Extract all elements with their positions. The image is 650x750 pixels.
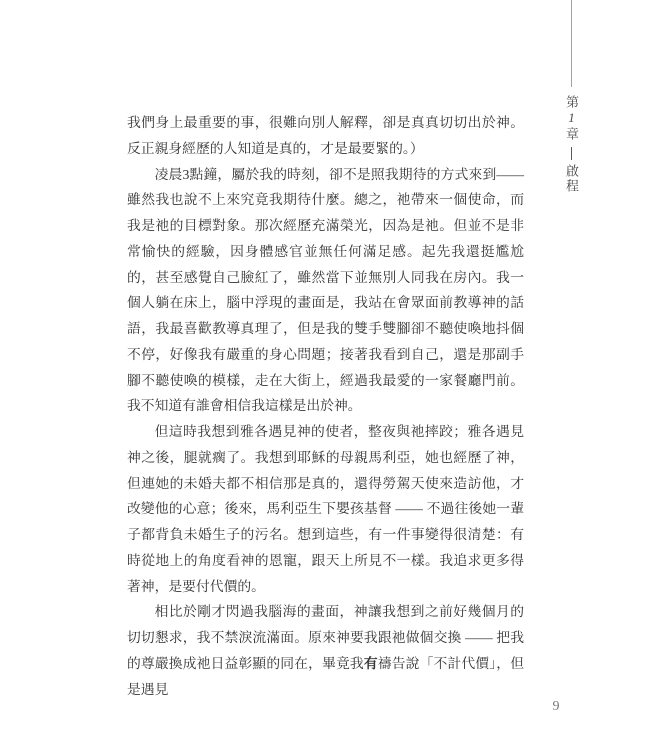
chapter-label: 第1章 <box>561 95 581 142</box>
chapter-label-prefix: 第 <box>564 95 579 110</box>
book-page: 第1章 啟程 我們身上最重要的事，很難向別人解釋，卻是真真切切出於神。反正親身經… <box>0 0 650 750</box>
paragraph: 相比於剛才閃過我腦海的畫面，神讓我想到之前好幾個月的切切懇求，我不禁淚流滿面。原… <box>127 599 524 702</box>
paragraph: 凌晨3點鐘，屬於我的時刻，卻不是照我期待的方式來到——雖然我也說不上來究竟我期待… <box>127 162 524 420</box>
chapter-title: 啟程 <box>561 164 581 194</box>
chapter-rule-line <box>571 0 572 87</box>
chapter-header: 第1章 啟程 <box>560 0 582 194</box>
body-text: 我們身上最重要的事，很難向別人解釋，卻是真真切切出於神。反正親身經歷的人知道是真… <box>127 110 524 702</box>
chapter-number: 1 <box>564 110 579 127</box>
paragraph-continuation: 我們身上最重要的事，很難向別人解釋，卻是真真切切出於神。反正親身經歷的人知道是真… <box>127 110 524 162</box>
chapter-label-suffix: 章 <box>564 127 579 142</box>
emphasized-text: 有 <box>364 656 378 671</box>
paragraph: 但這時我想到雅各遇見神的使者，整夜與祂摔跤；雅各遇見神之後，腿就瘸了。我想到耶穌… <box>127 419 524 599</box>
chapter-separator-dash <box>571 147 572 160</box>
page-number: 9 <box>543 699 569 715</box>
